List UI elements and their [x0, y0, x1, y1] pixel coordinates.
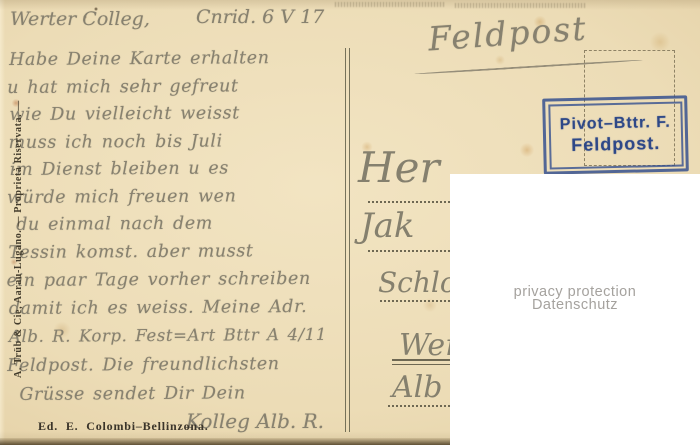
- faint-edge-print: [455, 3, 585, 8]
- address-fragment: Alb: [392, 370, 442, 405]
- message-line: Feldpost. Die freundlichsten: [7, 354, 280, 376]
- publisher-vertical-text: A. Trüb & Cie, Aarau-Lugano. — Proprietà…: [13, 96, 24, 378]
- message-line: Habe Deine Karte erhalten: [9, 48, 270, 70]
- feldpost-unit-stamp: Pivot–Bttr. F. Feldpost.: [542, 95, 689, 174]
- message-line: du einmal nach dem: [16, 214, 213, 235]
- unit-stamp-inner-border: Pivot–Bttr. F. Feldpost.: [548, 101, 683, 169]
- salutation-text: Werter Colleg,: [10, 8, 150, 30]
- message-line: Grüsse sendet Dir Dein: [19, 383, 245, 405]
- faint-edge-print: [335, 2, 445, 7]
- printer-credit-text: Ed. E. Colombi–Bellinzona.: [38, 419, 209, 434]
- date-text: Cnrid. 6 V 17: [196, 6, 324, 28]
- address-double-underline: [392, 359, 450, 365]
- address-ruling-line: [388, 405, 450, 407]
- privacy-overlay-text: privacy protection Datenschutz: [450, 286, 700, 311]
- address-fragment: Her: [358, 143, 440, 192]
- card-bottom-edge: [0, 438, 452, 445]
- message-line: Tessin komst. aber musst: [8, 241, 253, 263]
- privacy-overlay-box: privacy protection Datenschutz: [450, 174, 700, 445]
- message-line: muss ich noch bis Juli: [9, 132, 223, 153]
- message-line: u hat mich sehr gefreut: [7, 76, 238, 98]
- address-fragment: Jak: [360, 206, 415, 246]
- stamp-line-2: Feldpost.: [571, 133, 660, 156]
- address-ruling-line: [368, 201, 450, 203]
- message-line: damit ich es weiss. Meine Adr.: [9, 297, 308, 319]
- privacy-line-de: Datenschutz: [450, 299, 700, 311]
- address-ruling-line: [380, 300, 450, 302]
- address-ruling-line: [368, 250, 450, 252]
- message-line: im Dienst bleiben u es: [10, 158, 229, 180]
- postcard-divider-line: [345, 48, 350, 432]
- message-line: ein paar Tage vorher schreiben: [7, 269, 311, 291]
- message-line: Alb. R. Korp. Fest=Art Bttr A 4/11: [9, 325, 327, 346]
- message-line: würde mich freuen wen: [7, 186, 237, 208]
- message-line: wie Du vielleicht weisst: [9, 103, 239, 125]
